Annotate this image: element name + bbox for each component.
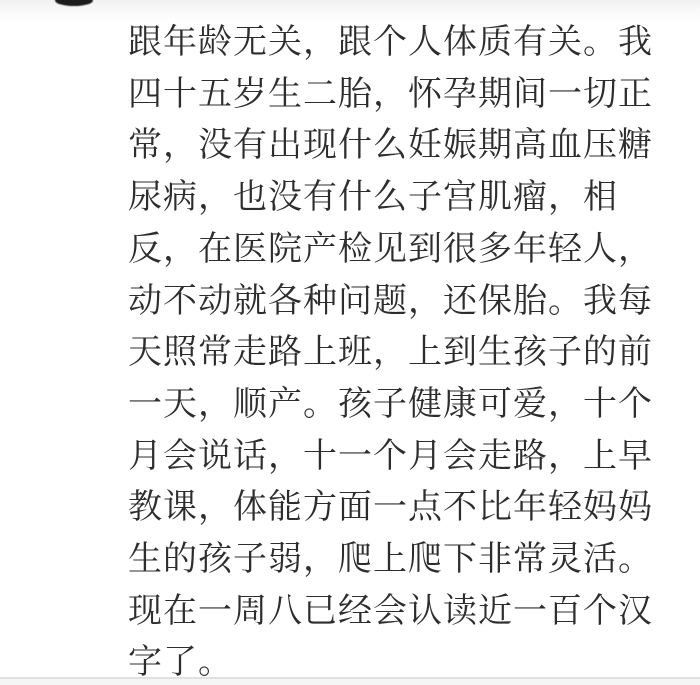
paragraph-line: 教课，体能方面一点不比年轻妈妈 — [128, 482, 673, 534]
paragraph-line: 四十五岁生二胎，怀孕期间一切正 — [128, 69, 673, 121]
paragraph-line: 天照常走路上班，上到生孩子的前 — [128, 327, 673, 379]
paragraph-line: 尿病，也没有什么子宫肌瘤，相 — [128, 172, 673, 224]
paragraph-line: 月会说话，十一个月会走路，上早 — [128, 431, 673, 483]
paragraph-line: 一天，顺产。孩子健康可爱，十个 — [128, 379, 673, 431]
paragraph-line: 现在一周八已经会认读近一百个汉 — [128, 586, 673, 638]
paragraph-line: 反，在医院产检见到很多年轻人， — [128, 224, 673, 276]
paragraph-line: 动不动就各种问题，还保胎。我每 — [128, 276, 673, 328]
paragraph-line: 常，没有出现什么妊娠期高血压糖 — [128, 120, 673, 172]
bottom-strip — [0, 679, 700, 685]
paragraph-line: 生的孩子弱，爬上爬下非常灵活。 — [128, 534, 673, 586]
post-text-paragraph: 跟年龄无关，跟个人体质有关。我 四十五岁生二胎，怀孕期间一切正 常，没有出现什么… — [128, 17, 673, 685]
screenshot-root: 跟年龄无关，跟个人体质有关。我 四十五岁生二胎，怀孕期间一切正 常，没有出现什么… — [0, 0, 700, 685]
paragraph-line: 跟年龄无关，跟个人体质有关。我 — [128, 17, 673, 69]
